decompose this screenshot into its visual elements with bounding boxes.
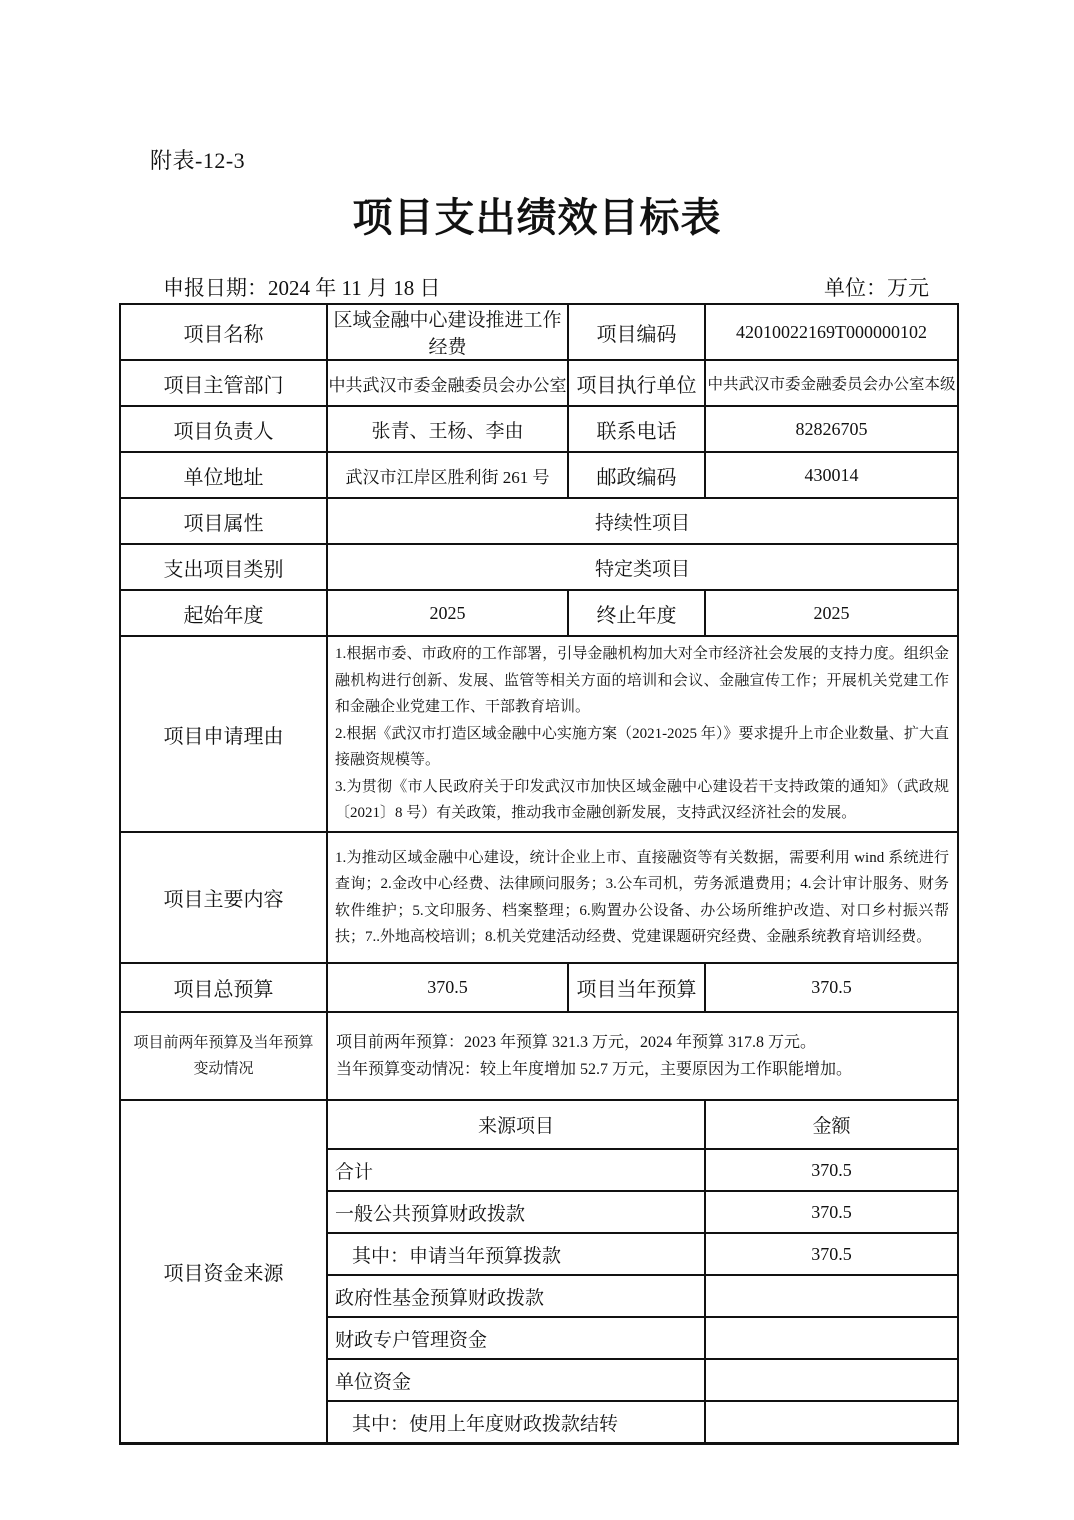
total-budget-value: 370.5 — [327, 963, 568, 1012]
supervisor-dept-label: 项目主管部门 — [120, 360, 327, 406]
page-title: 项目支出绩效目标表 — [0, 186, 1074, 243]
paragraph: 2.根据《武汉市打造区域金融中心实施方案（2021-2025 年）》要求提升上市… — [335, 721, 949, 774]
start-year-label: 起始年度 — [120, 590, 327, 636]
executing-unit-label: 项目执行单位 — [568, 360, 705, 406]
application-reason-body: 1.根据市委、市政府的工作部署，引导金融机构加大对全市经济社会发展的支持力度。组… — [327, 636, 958, 832]
expense-category-value: 特定类项目 — [327, 544, 958, 590]
funding-row-amount — [705, 1275, 958, 1317]
budget-change-label: 项目前两年预算及当年预算变动情况 — [120, 1012, 327, 1100]
address-label: 单位地址 — [120, 452, 327, 498]
table-row-project-name: 项目名称 区域金融中心建设推进工作经费 项目编码 42010022169T000… — [120, 304, 958, 360]
start-year-value: 2025 — [327, 590, 568, 636]
table-row-main-content: 项目主要内容 1.为推动区域金融中心建设，统计企业上市、直接融资等有关数据，需要… — [120, 832, 958, 963]
phone-value: 82826705 — [705, 406, 958, 452]
table-row-leader: 项目负责人 张青、王杨、李由 联系电话 82826705 — [120, 406, 958, 452]
executing-unit-value: 中共武汉市委金融委员会办公室本级 — [705, 360, 958, 406]
funding-header-row: 项目资金来源 来源项目 金额 — [120, 1100, 958, 1149]
funding-row-amount: 370.5 — [705, 1149, 958, 1191]
project-leader-label: 项目负责人 — [120, 406, 327, 452]
project-attribute-label: 项目属性 — [120, 498, 327, 544]
project-code-label: 项目编码 — [568, 304, 705, 360]
table-row-attribute: 项目属性 持续性项目 — [120, 498, 958, 544]
table-row-years: 起始年度 2025 终止年度 2025 — [120, 590, 958, 636]
funding-row-amount: 370.5 — [705, 1191, 958, 1233]
paragraph: 1.根据市委、市政府的工作部署，引导金融机构加大对全市经济社会发展的支持力度。组… — [335, 641, 949, 721]
end-year-value: 2025 — [705, 590, 958, 636]
declare-date: 申报日期：2024 年 11 月 18 日 — [163, 272, 440, 302]
postal-code-value: 430014 — [705, 452, 958, 498]
table-row-departments: 项目主管部门 中共武汉市委金融委员会办公室 项目执行单位 中共武汉市委金融委员会… — [120, 360, 958, 406]
paragraph: 3.为贯彻《市人民政府关于印发武汉市加快区域金融中心建设若干支持政策的通知》（武… — [335, 774, 949, 827]
meta-row: 申报日期：2024 年 11 月 18 日 单位：万元 — [119, 272, 957, 302]
funding-row-amount — [705, 1317, 958, 1359]
end-year-label: 终止年度 — [568, 590, 705, 636]
current-year-budget-value: 370.5 — [705, 963, 958, 1012]
funding-row-amount — [705, 1359, 958, 1401]
total-budget-label: 项目总预算 — [120, 963, 327, 1012]
main-content-label: 项目主要内容 — [120, 832, 327, 963]
phone-label: 联系电话 — [568, 406, 705, 452]
funding-source-column-header: 来源项目 — [327, 1100, 705, 1149]
funding-row-source: 政府性基金预算财政拨款 — [327, 1275, 705, 1317]
project-code-value: 42010022169T000000102 — [705, 304, 958, 360]
application-reason-label: 项目申请理由 — [120, 636, 327, 832]
attachment-label: 附表-12-3 — [150, 144, 245, 175]
supervisor-dept-value: 中共武汉市委金融委员会办公室 — [327, 360, 568, 406]
funding-row-amount: 370.5 — [705, 1233, 958, 1275]
funding-row-source: 其中：使用上年度财政拨款结转 — [327, 1401, 705, 1444]
paragraph: 当年预算变动情况：较上年度增加 52.7 万元，主要原因为工作职能增加。 — [336, 1056, 949, 1083]
performance-target-table: 项目名称 区域金融中心建设推进工作经费 项目编码 42010022169T000… — [119, 303, 959, 1445]
unit-label: 单位：万元 — [824, 272, 929, 302]
paragraph: 1.为推动区域金融中心建设，统计企业上市、直接融资等有关数据，需要利用 wind… — [335, 845, 949, 951]
funding-row-source: 一般公共预算财政拨款 — [327, 1191, 705, 1233]
address-value: 武汉市江岸区胜利街 261 号 — [327, 452, 568, 498]
table-row-address: 单位地址 武汉市江岸区胜利街 261 号 邮政编码 430014 — [120, 452, 958, 498]
expense-category-label: 支出项目类别 — [120, 544, 327, 590]
funding-row-amount — [705, 1401, 958, 1444]
paragraph: 项目前两年预算：2023 年预算 321.3 万元，2024 年预算 317.8… — [336, 1029, 949, 1056]
table-row-category: 支出项目类别 特定类项目 — [120, 544, 958, 590]
funding-source-label: 项目资金来源 — [120, 1100, 327, 1444]
project-name-label: 项目名称 — [120, 304, 327, 360]
main-content-body: 1.为推动区域金融中心建设，统计企业上市、直接融资等有关数据，需要利用 wind… — [327, 832, 958, 963]
document-page: 附表-12-3 项目支出绩效目标表 申报日期：2024 年 11 月 18 日 … — [0, 0, 1074, 1520]
current-year-budget-label: 项目当年预算 — [568, 963, 705, 1012]
table-row-budget: 项目总预算 370.5 项目当年预算 370.5 — [120, 963, 958, 1012]
project-name-value: 区域金融中心建设推进工作经费 — [327, 304, 568, 360]
table-row-application-reason: 项目申请理由 1.根据市委、市政府的工作部署，引导金融机构加大对全市经济社会发展… — [120, 636, 958, 832]
funding-row-source: 单位资金 — [327, 1359, 705, 1401]
funding-amount-column-header: 金额 — [705, 1100, 958, 1149]
postal-code-label: 邮政编码 — [568, 452, 705, 498]
project-leader-value: 张青、王杨、李由 — [327, 406, 568, 452]
project-attribute-value: 持续性项目 — [327, 498, 958, 544]
funding-row-source: 财政专户管理资金 — [327, 1317, 705, 1359]
budget-change-body: 项目前两年预算：2023 年预算 321.3 万元，2024 年预算 317.8… — [327, 1012, 958, 1100]
table-row-budget-change: 项目前两年预算及当年预算变动情况 项目前两年预算：2023 年预算 321.3 … — [120, 1012, 958, 1100]
funding-row-source: 合计 — [327, 1149, 705, 1191]
funding-row-source: 其中：申请当年预算拨款 — [327, 1233, 705, 1275]
